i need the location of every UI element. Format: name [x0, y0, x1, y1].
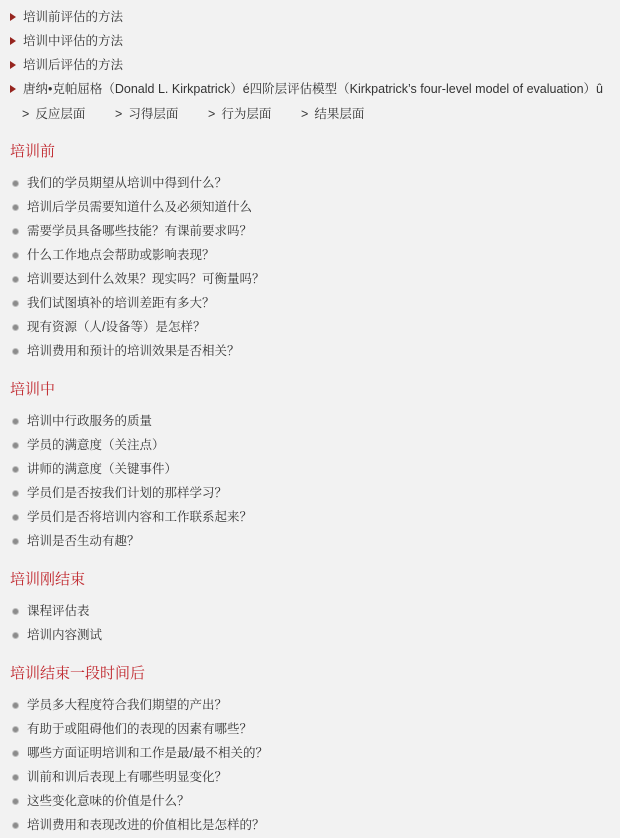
list-item: 需要学员具备哪些技能？有课前要求吗？ [10, 219, 620, 243]
bullet-item-text: 培训是否生动有趣？ [27, 529, 140, 553]
list-item: 课程评估表 [10, 599, 620, 623]
list-item: 培训后评估的方法 [10, 53, 620, 77]
bullet-dot-icon [13, 823, 18, 828]
bullet-dot-icon [13, 253, 18, 258]
list-item: 唐纳•克帕屈格（Donald L. Kirkpatrick）é四阶层评估模型（K… [10, 77, 620, 101]
bullet-dot-icon [13, 229, 18, 234]
bullet-item-text: 学员们是否将培训内容和工作联系起来？ [27, 505, 252, 529]
pre-training-list: 我们的学员期望从培训中得到什么？ 培训后学员需要知道什么及必须知道什么 需要学员… [10, 171, 620, 363]
list-item: 学员们是否按我们计划的那样学习？ [10, 481, 620, 505]
bullet-item-text: 学员多大程度符合我们期望的产出？ [27, 693, 227, 717]
list-item: 这些变化意味的价值是什么？ [10, 789, 620, 813]
heading-pre-training: 培训前 [10, 141, 620, 163]
list-item: 有助于或阻碍他们的表现的因素有哪些？ [10, 717, 620, 741]
intro-item-text: 唐纳•克帕屈格（Donald L. Kirkpatrick）é四阶层评估模型（K… [23, 77, 603, 101]
bullet-item-text: 培训费用和表现改进的价值相比是怎样的？ [27, 813, 265, 837]
right-after-training-list: 课程评估表 培训内容测试 [10, 599, 620, 647]
bullet-dot-icon [13, 349, 18, 354]
list-item: 哪些方面证明培训和工作是最/最不相关的？ [10, 741, 620, 765]
level-item: >结果层面 [301, 104, 394, 122]
bullet-item-text: 现有资源（人/设备等）是怎样？ [27, 315, 205, 339]
bullet-dot-icon [13, 467, 18, 472]
chevron-marker: > [208, 107, 215, 121]
bullet-dot-icon [13, 301, 18, 306]
level-label: 反应层面 [35, 107, 85, 121]
list-item: 培训中评估的方法 [10, 29, 620, 53]
level-item: >反应层面 [22, 104, 115, 122]
bullet-dot-icon [13, 751, 18, 756]
bullet-dot-icon [13, 609, 18, 614]
list-item: 培训要达到什么效果？现实吗？可衡量吗？ [10, 267, 620, 291]
bullet-item-text: 培训内容测试 [27, 623, 102, 647]
list-item: 培训前评估的方法 [10, 5, 620, 29]
triangle-bullet-icon [10, 13, 16, 21]
bullet-item-text: 学员的满意度（关注点） [27, 433, 165, 457]
triangle-bullet-icon [10, 85, 16, 93]
evaluation-method-list: 培训前评估的方法 培训中评估的方法 培训后评估的方法 唐纳•克帕屈格（Donal… [10, 5, 620, 101]
bullet-item-text: 培训后学员需要知道什么及必须知道什么 [27, 195, 252, 219]
chevron-marker: > [301, 107, 308, 121]
list-item: 培训后学员需要知道什么及必须知道什么 [10, 195, 620, 219]
list-item: 我们的学员期望从培训中得到什么？ [10, 171, 620, 195]
chevron-marker: > [22, 107, 29, 121]
bullet-item-text: 培训要达到什么效果？现实吗？可衡量吗？ [27, 267, 265, 291]
intro-item-text: 培训前评估的方法 [23, 5, 123, 29]
heading-right-after-training: 培训刚结束 [10, 569, 620, 591]
bullet-item-text: 训前和训后表现上有哪些明显变化？ [27, 765, 227, 789]
bullet-item-text: 课程评估表 [27, 599, 90, 623]
bullet-dot-icon [13, 443, 18, 448]
bullet-dot-icon [13, 181, 18, 186]
bullet-dot-icon [13, 515, 18, 520]
bullet-dot-icon [13, 703, 18, 708]
level-item: >习得层面 [115, 104, 208, 122]
kirkpatrick-levels-row: >反应层面 >习得层面 >行为层面 >结果层面 [22, 101, 620, 125]
heading-after-some-time: 培训结束一段时间后 [10, 663, 620, 685]
list-item: 培训内容测试 [10, 623, 620, 647]
bullet-dot-icon [13, 205, 18, 210]
bullet-item-text: 培训中行政服务的质量 [27, 409, 152, 433]
chevron-marker: > [115, 107, 122, 121]
bullet-item-text: 有助于或阻碍他们的表现的因素有哪些？ [27, 717, 252, 741]
bullet-dot-icon [13, 799, 18, 804]
bullet-item-text: 这些变化意味的价值是什么？ [27, 789, 190, 813]
list-item: 学员的满意度（关注点） [10, 433, 620, 457]
intro-item-text: 培训中评估的方法 [23, 29, 123, 53]
training-evaluation-document: 培训前评估的方法 培训中评估的方法 培训后评估的方法 唐纳•克帕屈格（Donal… [0, 0, 620, 837]
triangle-bullet-icon [10, 61, 16, 69]
bullet-item-text: 哪些方面证明培训和工作是最/最不相关的？ [27, 741, 268, 765]
bullet-item-text: 我们的学员期望从培训中得到什么？ [27, 171, 227, 195]
list-item: 学员们是否将培训内容和工作联系起来？ [10, 505, 620, 529]
bullet-dot-icon [13, 539, 18, 544]
bullet-dot-icon [13, 491, 18, 496]
list-item: 什么工作地点会帮助或影响表现？ [10, 243, 620, 267]
intro-item-text: 培训后评估的方法 [23, 53, 123, 77]
bullet-item-text: 讲师的满意度（关键事件） [27, 457, 177, 481]
bullet-item-text: 我们试图填补的培训差距有多大？ [27, 291, 215, 315]
bullet-item-text: 需要学员具备哪些技能？有课前要求吗？ [27, 219, 252, 243]
heading-during-training: 培训中 [10, 379, 620, 401]
bullet-dot-icon [13, 325, 18, 330]
level-item: >行为层面 [208, 104, 301, 122]
list-item: 训前和训后表现上有哪些明显变化？ [10, 765, 620, 789]
triangle-bullet-icon [10, 37, 16, 45]
list-item: 培训费用和表现改进的价值相比是怎样的？ [10, 813, 620, 837]
bullet-item-text: 什么工作地点会帮助或影响表现？ [27, 243, 215, 267]
bullet-dot-icon [13, 277, 18, 282]
level-label: 行为层面 [221, 107, 271, 121]
list-item: 讲师的满意度（关键事件） [10, 457, 620, 481]
list-item: 培训中行政服务的质量 [10, 409, 620, 433]
bullet-dot-icon [13, 727, 18, 732]
list-item: 学员多大程度符合我们期望的产出？ [10, 693, 620, 717]
list-item: 我们试图填补的培训差距有多大？ [10, 291, 620, 315]
list-item: 培训费用和预计的培训效果是否相关？ [10, 339, 620, 363]
bullet-dot-icon [13, 419, 18, 424]
bullet-item-text: 学员们是否按我们计划的那样学习？ [27, 481, 227, 505]
bullet-item-text: 培训费用和预计的培训效果是否相关？ [27, 339, 240, 363]
during-training-list: 培训中行政服务的质量 学员的满意度（关注点） 讲师的满意度（关键事件） 学员们是… [10, 409, 620, 553]
bullet-dot-icon [13, 775, 18, 780]
list-item: 现有资源（人/设备等）是怎样？ [10, 315, 620, 339]
list-item: 培训是否生动有趣？ [10, 529, 620, 553]
level-label: 结果层面 [314, 107, 364, 121]
bullet-dot-icon [13, 633, 18, 638]
level-label: 习得层面 [128, 107, 178, 121]
after-some-time-list: 学员多大程度符合我们期望的产出？ 有助于或阻碍他们的表现的因素有哪些？ 哪些方面… [10, 693, 620, 837]
